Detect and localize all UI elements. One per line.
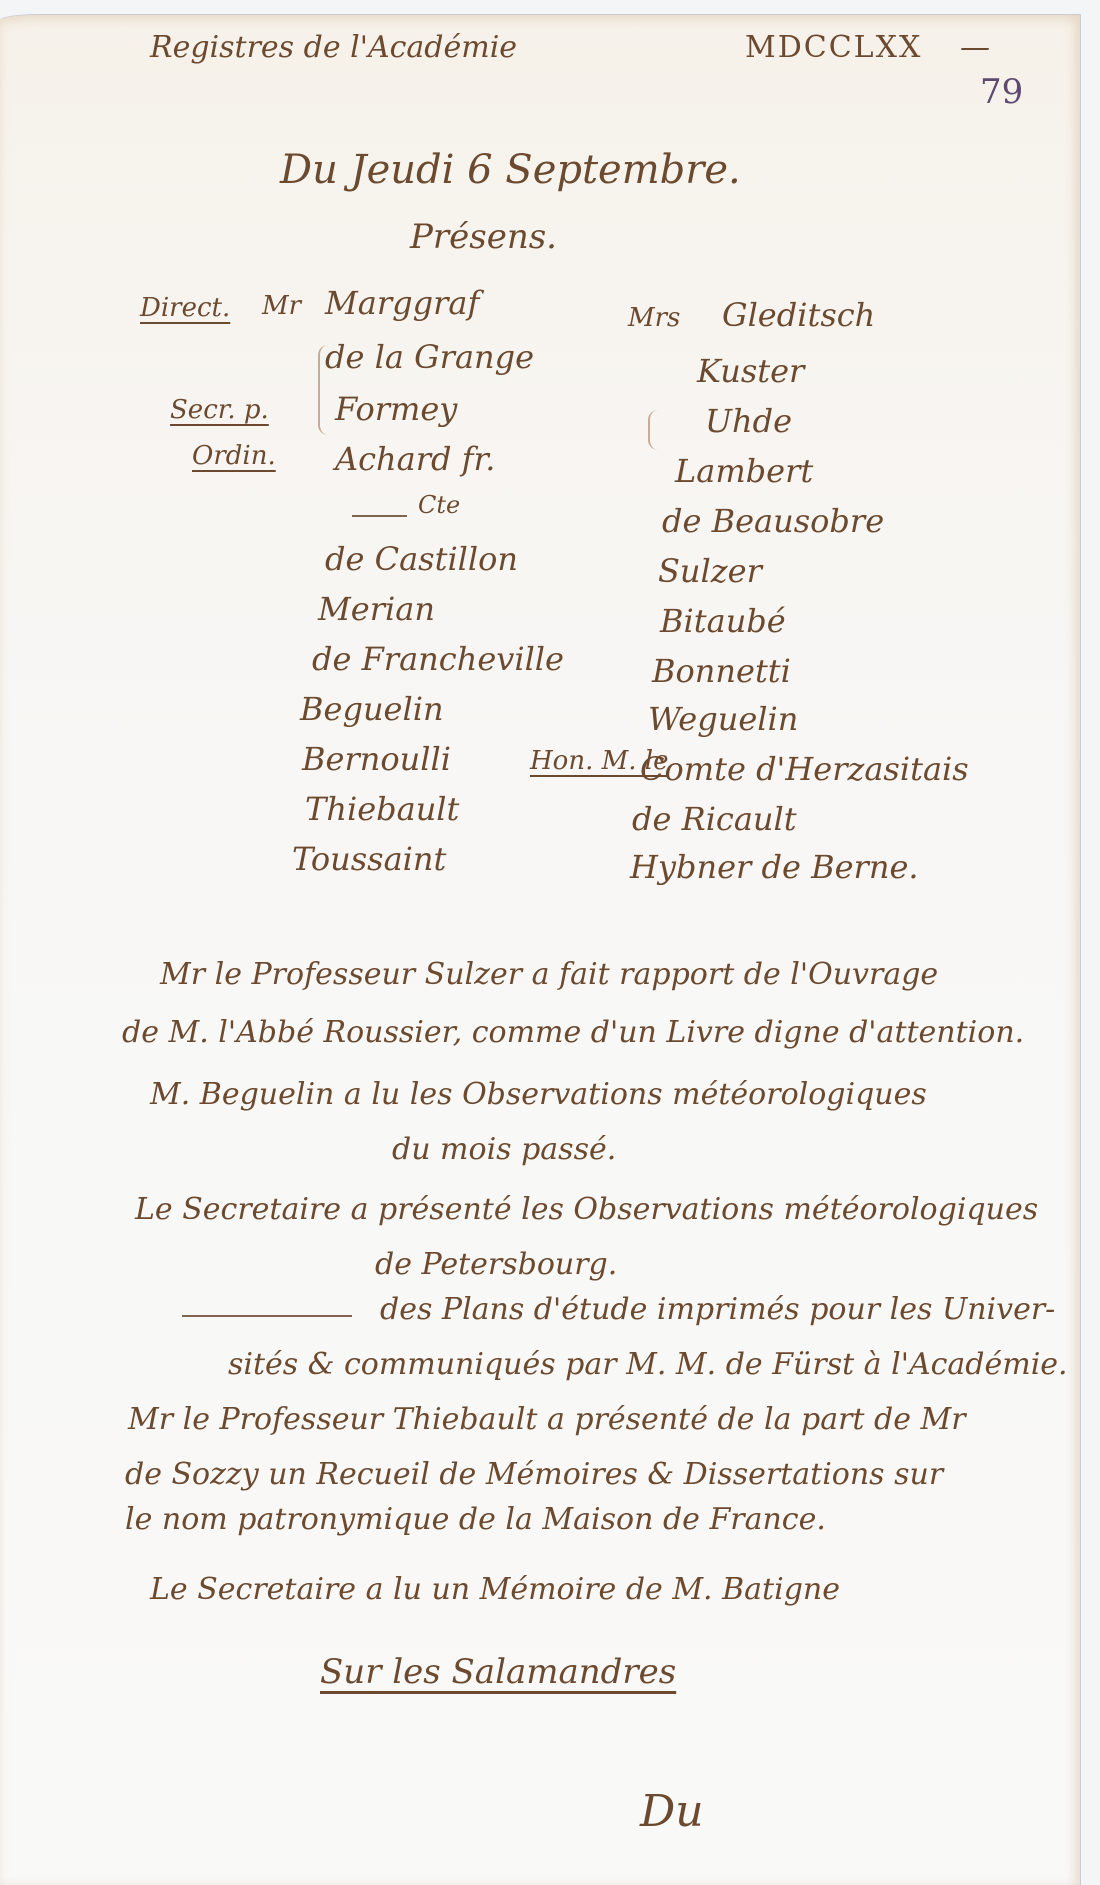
attendee-name: Merian [318, 593, 435, 625]
minutes-line: M. Beguelin a lu les Observations météor… [150, 1080, 927, 1110]
attendee-name: Gleditsch [722, 299, 875, 331]
attendee-name: Uhde [705, 405, 792, 437]
attendee-name: Bernoulli [302, 743, 451, 775]
attendee-name: Hybner de Berne. [630, 851, 919, 883]
minutes-line: Mr le Professeur Thiebault a présenté de… [128, 1405, 966, 1435]
attendee-name: Comte d'Herzasitais [640, 753, 969, 785]
attendee-name: Bonnetti [652, 655, 791, 687]
register-title: Registres de l'Académie [150, 33, 517, 63]
attendee-name: Beguelin [300, 693, 444, 725]
attendee-name: de la Grange [325, 341, 534, 373]
manuscript-page: Registres de l'Académie MDCCLXX — 79 Du … [0, 14, 1081, 1885]
minutes-line: Le Secretaire a présenté les Observation… [135, 1195, 1038, 1225]
attendee-name: Toussaint [292, 843, 446, 875]
ditto-rule [352, 515, 407, 517]
attendee-name: de Beausobre [662, 505, 884, 537]
minutes-line: Mr le Professeur Sulzer a fait rapport d… [160, 960, 938, 990]
minutes-line: sités & communiqués par M. M. de Fürst à… [228, 1350, 1068, 1380]
minutes-line: de Petersbourg. [375, 1250, 617, 1280]
attendee-name: de Castillon [325, 543, 518, 575]
ditto-rule [182, 1315, 352, 1317]
minutes-line: des Plans d'étude imprimés pour les Univ… [380, 1295, 1055, 1325]
memoir-title: Sur les Salamandres [320, 1655, 676, 1689]
minutes-line: le nom patronymique de la Maison de Fran… [125, 1505, 826, 1535]
minutes-line: de Sozzy un Recueil de Mémoires & Disser… [125, 1460, 943, 1490]
present-heading: Présens. [410, 220, 557, 254]
brace-mark [648, 410, 664, 450]
attendee-title: Cte [418, 493, 460, 517]
header-dash: — [960, 33, 990, 63]
attendee-name: Lambert [675, 455, 813, 487]
attendee-name: Bitaubé [660, 605, 786, 637]
minutes-line: de M. l'Abbé Roussier, comme d'un Livre … [122, 1018, 1024, 1048]
year-roman: MDCCLXX [745, 33, 922, 63]
attendee-name: Thiebault [305, 793, 459, 825]
attendee-name: Marggraf [325, 287, 479, 319]
role-ordinary: Ordin. [192, 443, 276, 469]
attendee-prefix: Mrs [628, 305, 680, 331]
attendee-name: de Ricault [632, 803, 797, 835]
minutes-line: du mois passé. [392, 1135, 616, 1165]
catchword: Du [640, 1790, 704, 1834]
role-secretary: Secr. p. [170, 397, 269, 423]
attendee-name: Formey [335, 393, 457, 425]
minutes-line: Le Secretaire a lu un Mémoire de M. Bati… [150, 1575, 840, 1605]
attendee-prefix: Mr [262, 293, 301, 319]
attendee-name: Kuster [697, 355, 804, 387]
attendee-name: Achard fr. [335, 443, 495, 475]
folio-number: 79 [980, 75, 1023, 109]
session-date: Du Jeudi 6 Septembre. [280, 150, 741, 190]
attendee-name: de Francheville [312, 643, 564, 675]
role-director: Direct. [140, 295, 230, 321]
attendee-name: Sulzer [658, 555, 762, 587]
attendee-name: Weguelin [648, 703, 798, 735]
